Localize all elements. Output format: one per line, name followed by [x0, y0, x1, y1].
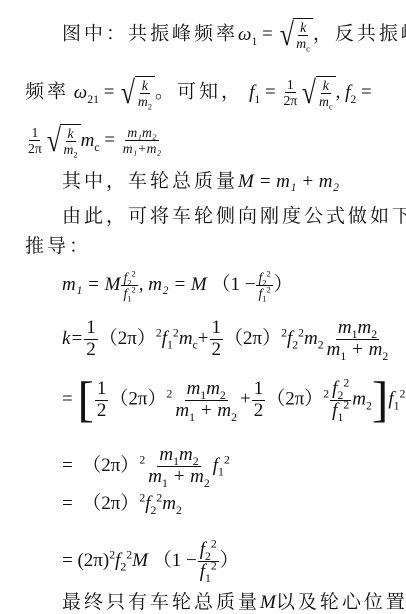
equals: = — [356, 82, 371, 103]
equation-simplified-1: = （2π）2m1m2m1 + m2f12 — [62, 445, 230, 488]
half-2: 12 — [210, 318, 224, 361]
f2sq-over-f1sq-4: f22f12 — [198, 540, 219, 583]
k-equals: k= — [62, 328, 83, 349]
equation-m1-m2: m₁ = Mf22f12, m₂ = M （1 −f22f12） — [62, 270, 293, 301]
symbol-M: M — [260, 592, 276, 613]
para4-conclusion: 最终只有车轮总质量M以及轮心位置原点 — [62, 593, 406, 612]
eq1-lhs: m₁ = M — [62, 274, 120, 295]
text-conclusion: 最终只有车轮总质量 — [62, 591, 260, 613]
text-resonance-prefix: 图中：共振峰频率 — [62, 23, 238, 45]
total-mass-formula: M = m₁ + m₂ — [238, 171, 339, 192]
f2sq-over-f1sq: f22f12 — [121, 270, 137, 301]
comma: , — [336, 82, 346, 103]
one-over-2pi: 12π — [281, 77, 299, 108]
two-pi-4: （2π） — [266, 389, 323, 410]
half-3: 12 — [95, 379, 109, 422]
equation-k-def: k=12（2π）2f12mc+12（2π）2f22m2m1m2m1 + m2 — [62, 318, 391, 361]
two-pi: （2π） — [99, 328, 156, 349]
paren-close: ） — [274, 274, 293, 295]
two-pi-5: （2π） — [82, 455, 139, 476]
omega21-symbol: ω21 — [69, 82, 99, 103]
equals: = — [62, 389, 73, 410]
paren-open-2: （1 − — [153, 550, 197, 571]
para3-line2: 推导： — [25, 237, 91, 256]
para2-total-mass: 其中，车轮总质量M = m₁ + m₂ — [62, 172, 339, 191]
paren-open: （1 − — [212, 274, 256, 295]
para1-line3: 12π√km2mc = m₁m₂m₁+m₂ — [25, 124, 164, 157]
sqrt-k-over-mc: √kmc — [278, 18, 313, 51]
total-mass-M: M — [132, 550, 148, 571]
f2-symbol: f2 — [345, 82, 356, 103]
equation-bracket: = [12（2π）2m1m2m1 + m2+12（2π）2f22f12m2]f1… — [62, 378, 405, 422]
mc-symbol: mc — [81, 130, 100, 151]
text-conclusion-2: 以及轮心位置原点 — [276, 591, 406, 613]
f1-formula: f1 — [249, 82, 260, 103]
equals: = — [99, 82, 119, 103]
para1-line1: 图中：共振峰频率ω1 = √kmc，反共振峰 — [62, 18, 406, 51]
equals: = — [62, 493, 73, 514]
text-thus-known: 。可知， — [155, 81, 243, 103]
text-frequency: 频率 — [25, 81, 69, 103]
f2sq-over-f1sq-2: f22f12 — [256, 270, 272, 301]
eq1-mid: , m₂ = M — [139, 274, 207, 295]
equals: = — [257, 24, 277, 45]
two-pi-6: （2π） — [82, 493, 139, 514]
equals: = — [260, 82, 280, 103]
sqrt-k-over-m2-2: √km2 — [45, 124, 81, 157]
two-pi-2: （2π） — [224, 328, 281, 349]
m1m2-over-sum-2: m1m2m1 + m2 — [173, 379, 239, 422]
equation-final: = (2π)2f22M （1 −f22f12） — [62, 540, 239, 583]
equals: = — [100, 130, 120, 151]
omega1-symbol: ω1 — [238, 24, 257, 45]
sqrt-k-over-mc-2: √kmc — [300, 76, 335, 109]
text-total-mass: 其中，车轮总质量 — [62, 170, 238, 192]
half: 12 — [84, 318, 98, 361]
f2sq-over-f1sq-3: f22f12 — [330, 379, 351, 422]
equals: = — [62, 550, 73, 571]
half-4: 12 — [252, 379, 266, 422]
m1m2-over-sum-3: m1m2m1 + m2 — [146, 445, 212, 488]
two-pi-3: （2π） — [109, 389, 166, 410]
sqrt-k-over-m2: √km2 — [119, 76, 155, 109]
one-over-2pi-2: 12π — [26, 125, 44, 156]
mc-definition-fraction: m₁m₂m₁+m₂ — [121, 125, 163, 156]
para1-line2: 频率 ω21 = √km2。可知， f1 = 12π√kmc, f2 = — [25, 76, 372, 109]
equals: = — [62, 455, 73, 476]
equation-simplified-2: = （2π）2f22m2 — [62, 494, 182, 513]
text-antiresonance: ，反共振峰 — [313, 23, 406, 45]
two-pi-7: (2π) — [77, 550, 109, 571]
paren-close-2: ） — [220, 550, 239, 571]
m1m2-over-sum: m1m2m1 + m2 — [325, 318, 391, 361]
para3-line1: 由此，可将车轮侧向刚度公式做如下 — [62, 207, 406, 226]
